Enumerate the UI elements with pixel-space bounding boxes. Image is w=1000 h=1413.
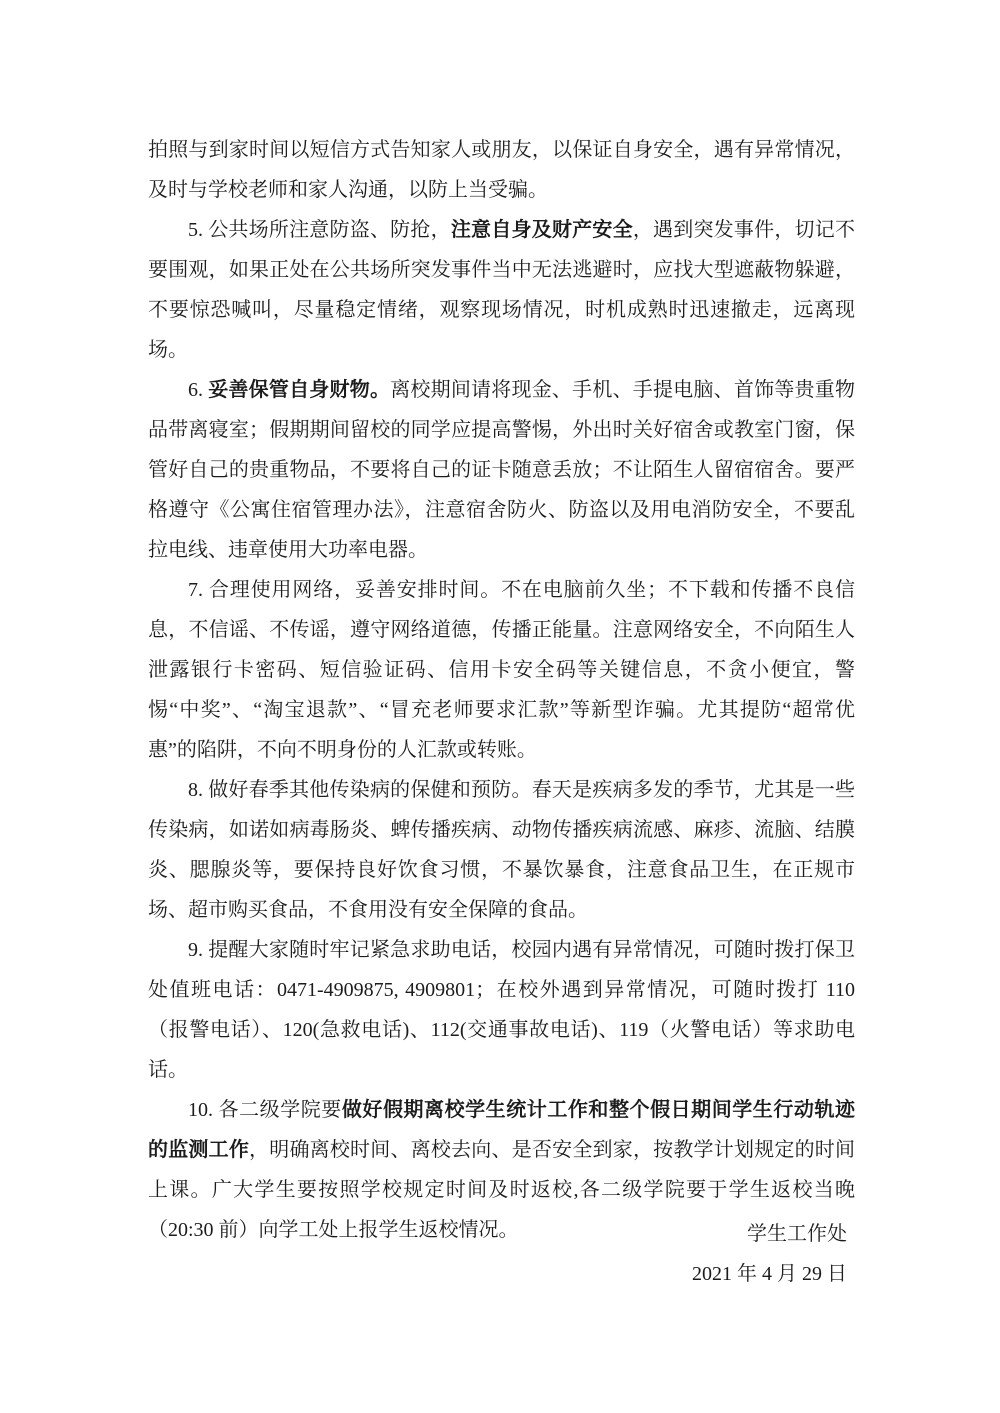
text-run: 拍照与到家时间以短信方式告知家人或朋友，以保证自身安全，遇有异常情况，及时与学校…: [148, 139, 855, 201]
signature-block: 学生工作处 2021 年 4 月 29 日: [148, 1214, 855, 1294]
paragraph-4-continuation: 拍照与到家时间以短信方式告知家人或朋友，以保证自身安全，遇有异常情况，及时与学校…: [148, 130, 855, 210]
document-body: 拍照与到家时间以短信方式告知家人或朋友，以保证自身安全，遇有异常情况，及时与学校…: [148, 130, 855, 1250]
text-run: 离校期间请将现金、手机、手提电脑、首饰等贵重物品带离寝室；假期期间留校的同学应提…: [148, 379, 855, 561]
document-page: 拍照与到家时间以短信方式告知家人或朋友，以保证自身安全，遇有异常情况，及时与学校…: [0, 0, 1000, 1413]
text-run: 5. 公共场所注意防盗、防抢，: [188, 219, 451, 241]
signature-date: 2021 年 4 月 29 日: [148, 1254, 855, 1294]
paragraph-7: 7. 合理使用网络，妥善安排时间。不在电脑前久坐；不下载和传播不良信息，不信谣、…: [148, 570, 855, 770]
text-run-bold: 注意自身及财产安全: [451, 219, 633, 241]
text-run: 8. 做好春季其他传染病的保健和预防。春天是疾病多发的季节，尤其是一些传染病，如…: [148, 779, 855, 921]
paragraph-8: 8. 做好春季其他传染病的保健和预防。春天是疾病多发的季节，尤其是一些传染病，如…: [148, 770, 855, 930]
text-run: 9. 提醒大家随时牢记紧急求助电话，校园内遇有异常情况，可随时拨打保卫处值班电话…: [148, 939, 855, 1081]
paragraph-6: 6. 妥善保管自身财物。离校期间请将现金、手机、手提电脑、首饰等贵重物品带离寝室…: [148, 370, 855, 570]
text-run-bold: 妥善保管自身财物。: [208, 379, 390, 401]
text-run: 7. 合理使用网络，妥善安排时间。不在电脑前久坐；不下载和传播不良信息，不信谣、…: [148, 579, 855, 761]
paragraph-9: 9. 提醒大家随时牢记紧急求助电话，校园内遇有异常情况，可随时拨打保卫处值班电话…: [148, 930, 855, 1090]
text-run: 6.: [188, 379, 208, 401]
paragraph-5: 5. 公共场所注意防盗、防抢，注意自身及财产安全，遇到突发事件，切记不要围观，如…: [148, 210, 855, 370]
signature-office: 学生工作处: [148, 1214, 855, 1254]
text-run: 10. 各二级学院要: [188, 1099, 342, 1121]
